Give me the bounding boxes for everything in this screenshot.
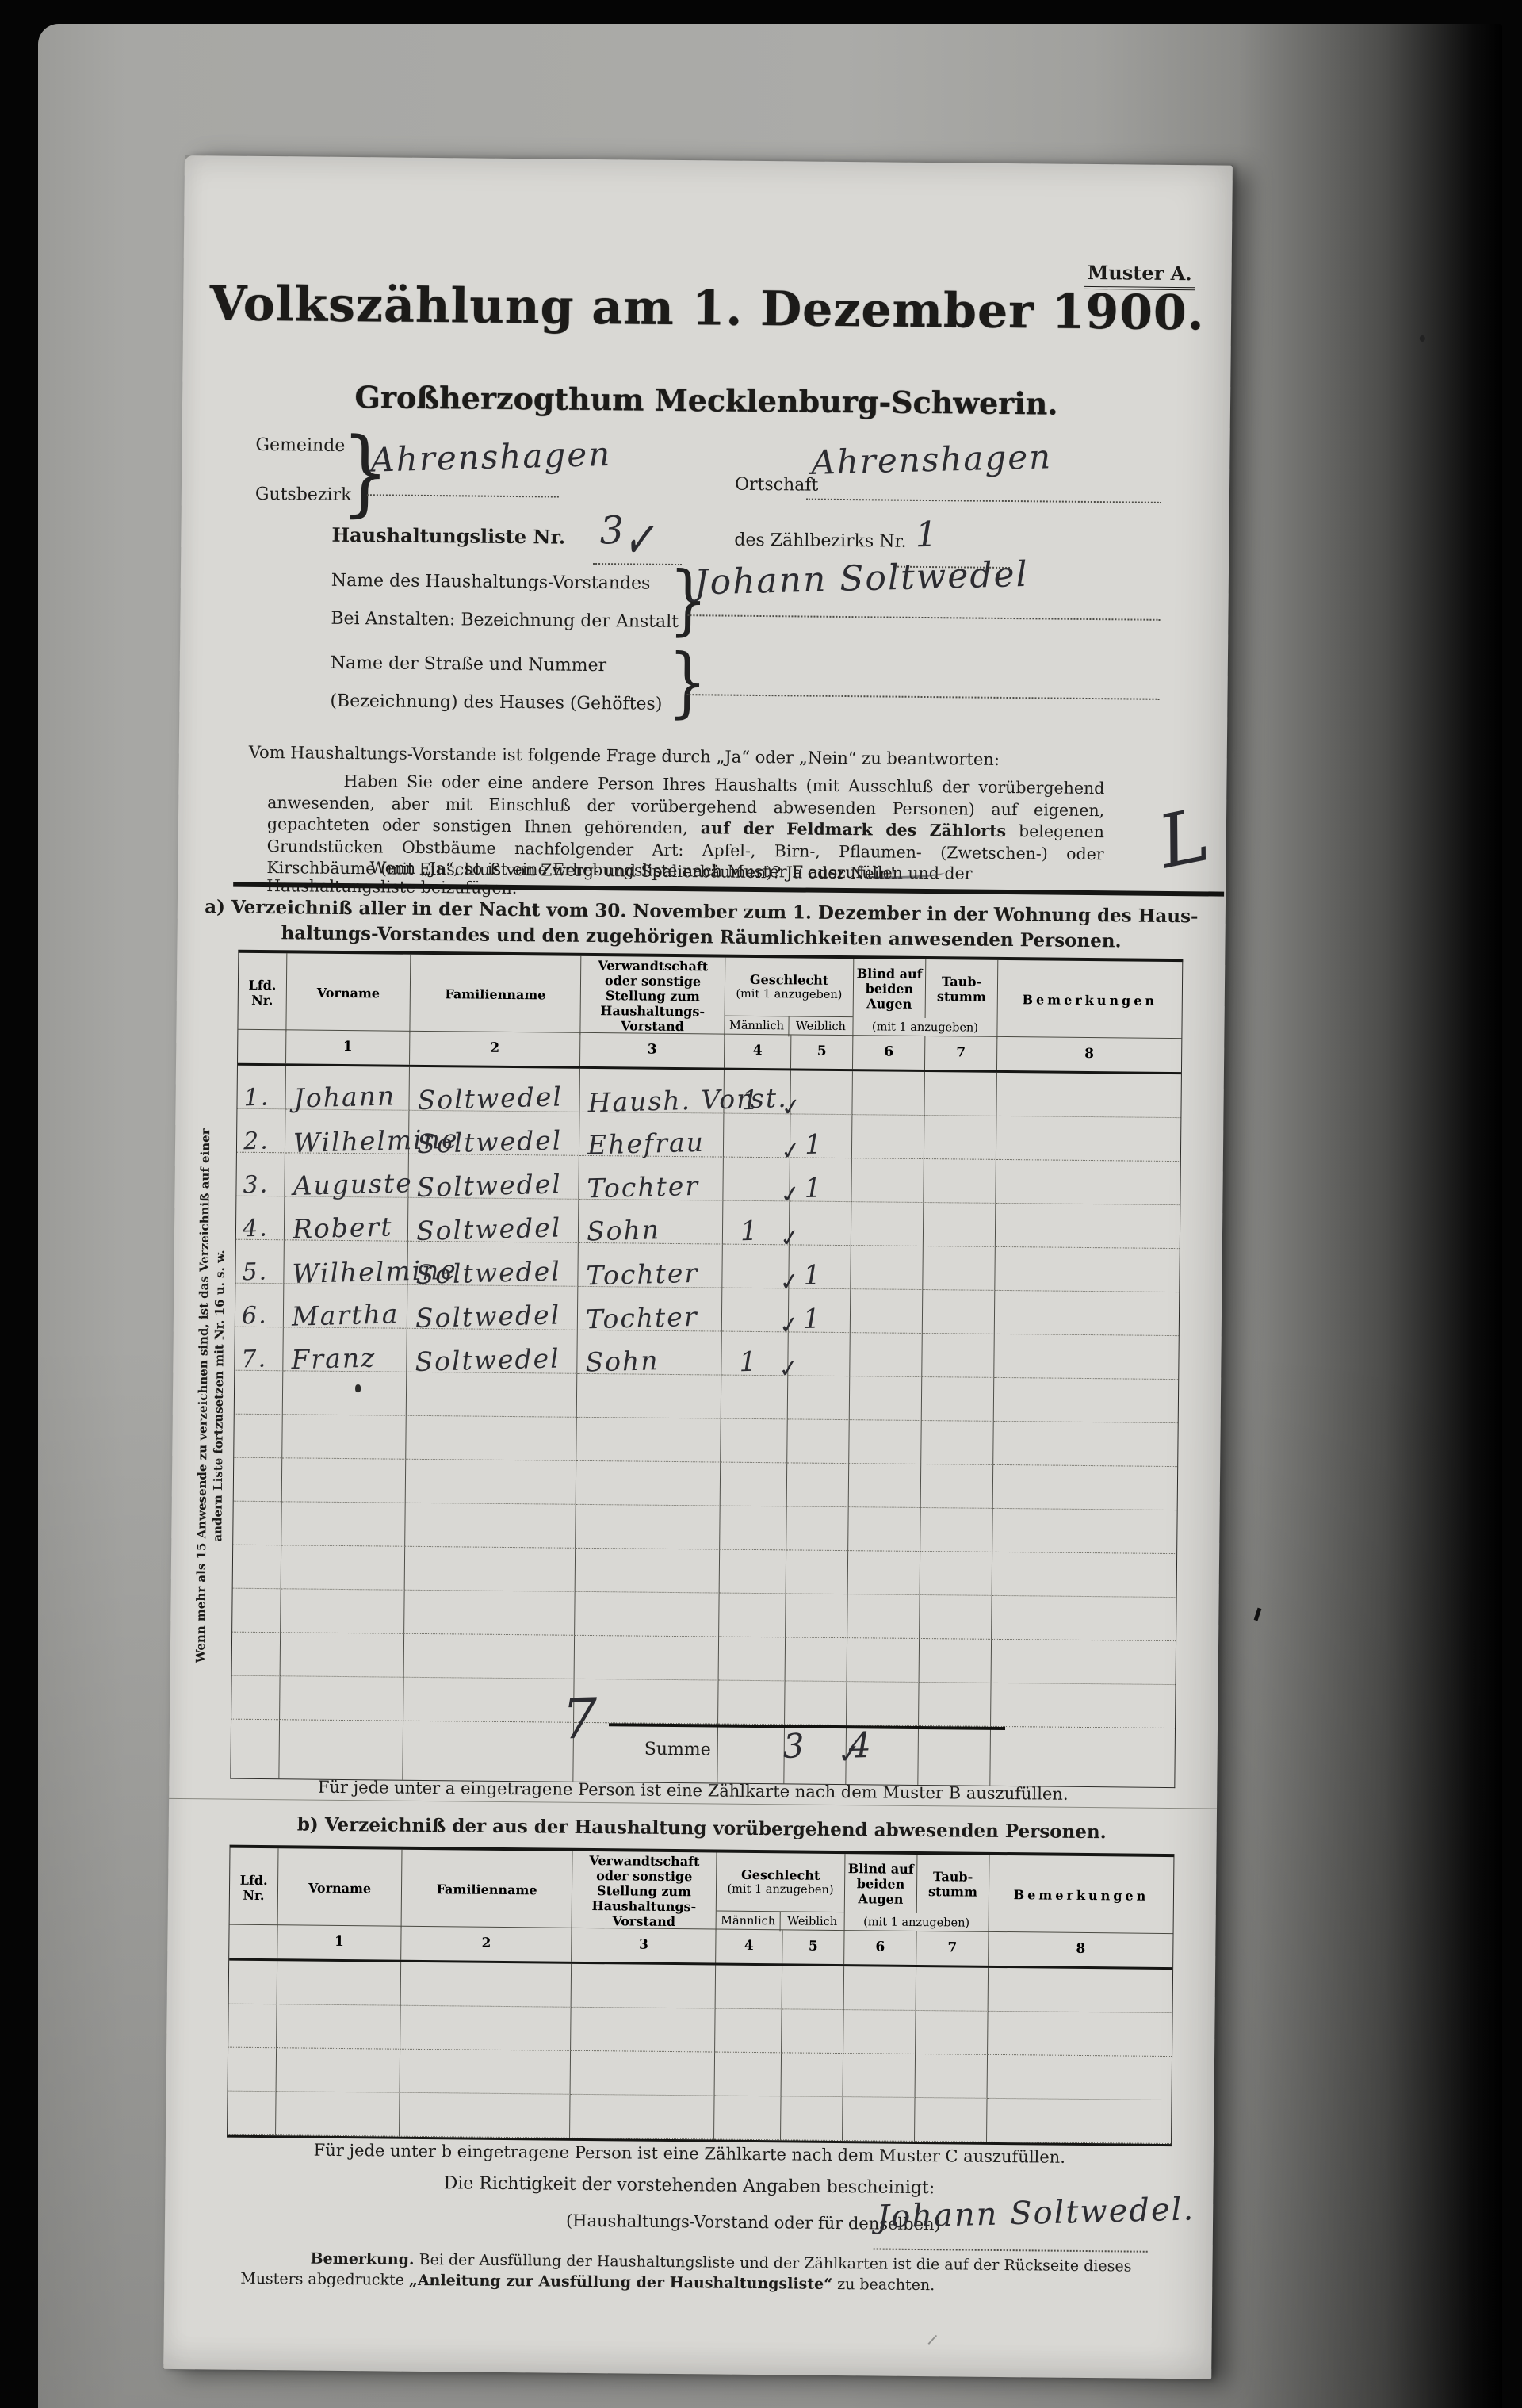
handwritten-signature: Johann Soltwedel. (877, 2191, 1195, 2235)
cell-bemerkungen (988, 2012, 1172, 2057)
header-weiblich: Weiblich (781, 1912, 844, 1932)
cell-nr: 1. (237, 1066, 286, 1110)
cell-bemerkungen (996, 1160, 1180, 1205)
cell-stellung: Tochter (578, 1287, 722, 1332)
cell-taub (924, 1072, 997, 1116)
summe-weiblich-value: ✓4 (849, 1725, 874, 1767)
cell-taub (916, 2054, 989, 2099)
cell-nr: 2. (237, 1109, 286, 1154)
vorstand-handwritten-name: Johann Soltwedel (694, 554, 1029, 603)
header-bemerkungen: Bemerkungen (997, 960, 1182, 1040)
handwritten-value: Ehefrau (587, 1127, 706, 1161)
cell-nr (232, 1589, 281, 1633)
gutsbezirk-label: Gutsbezirk (255, 484, 352, 505)
cell-vorname (281, 1633, 405, 1677)
header-lfd-nr: Lfd. Nr. (230, 1848, 279, 1928)
handwritten-value: 6. (242, 1302, 269, 1330)
cell-taub (921, 1421, 994, 1465)
cell-familienname (405, 1503, 576, 1549)
cell-weiblich (786, 1594, 847, 1638)
cell-blind (843, 2010, 916, 2054)
cell-stellung (577, 1374, 721, 1419)
cell-stellung (571, 2051, 715, 2096)
cell-blind (847, 1638, 920, 1683)
handwritten-value: 1 (803, 1259, 823, 1292)
haushaltungsliste-label: Haushaltungsliste Nr. (331, 523, 565, 549)
handwritten-value: 1 (739, 1346, 759, 1379)
cell-taub (919, 1683, 992, 1727)
handwritten-value: Tochter (587, 1170, 700, 1204)
header-geschlecht: Geschlecht (mit 1 anzugeben) Männlich We… (725, 958, 854, 1038)
zaehlbezirk-label: des Zählbezirks Nr. (734, 530, 906, 552)
cell-maennlich (716, 1966, 783, 2010)
cell-blind (852, 1071, 925, 1116)
handwritten-value: 1 (802, 1303, 822, 1335)
cell-bemerkungen (996, 1073, 1180, 1118)
cell-stellung (575, 1592, 719, 1637)
cell-maennlich (721, 1376, 789, 1420)
cell-taub (916, 2011, 989, 2055)
cell-bemerkungen (989, 1968, 1172, 2013)
table-b-header-row: Lfd. Nr. Vorname Familienname Verwandtsc… (230, 1848, 1174, 1933)
cell-taub (924, 1159, 996, 1204)
cell-familienname (404, 1591, 576, 1636)
cell-familienname: Soltwedel (408, 1198, 579, 1243)
cell-nr (228, 2004, 277, 2049)
cell-bemerkungen (993, 1422, 1177, 1467)
cell-weiblich (785, 1681, 847, 1725)
faint-pencil-mark (927, 2335, 948, 2349)
cell-blind (848, 1551, 921, 1595)
cell-familienname: Soltwedel (409, 1067, 580, 1112)
cell-vorname: Wilhelmine (285, 1109, 410, 1154)
cell-vorname (282, 1458, 407, 1503)
cell-stellung: Haush. Vorst. (580, 1069, 725, 1114)
remark-paragraph: Bemerkung. Bei der Ausfüllung der Hausha… (240, 2248, 1152, 2298)
cell-weiblich: ✓ (788, 1332, 850, 1376)
cell-blind (843, 2054, 916, 2098)
header-stellung: Verwandtschaft oder sonstige Stellung zu… (580, 956, 725, 1036)
header-maennlich: Männlich (725, 1016, 789, 1037)
cell-nr (234, 1458, 283, 1503)
cell-vorname: Johann (286, 1066, 411, 1110)
cell-vorname (276, 2092, 400, 2136)
cell-nr (232, 1633, 281, 1677)
cell-taub (915, 2098, 988, 2142)
cell-bemerkungen (996, 1204, 1180, 1249)
cell-vorname: Robert (285, 1196, 409, 1241)
census-form-page: Muster A. Volkszählung am 1. Dezember 19… (163, 155, 1233, 2379)
cell-weiblich: ✓1 (790, 1158, 851, 1202)
header-familienname: Familienname (410, 955, 581, 1035)
cell-blind (851, 1158, 924, 1203)
cell-familienname: Soltwedel (407, 1285, 579, 1330)
handwritten-value: Johann (293, 1080, 396, 1113)
handwritten-value: 3. (243, 1171, 270, 1200)
cell-bemerkungen (993, 1465, 1177, 1510)
handwritten-value: Tochter (586, 1258, 699, 1292)
cell-weiblich (782, 2009, 843, 2054)
cell-bemerkungen (987, 2099, 1171, 2144)
cell-stellung (576, 1505, 720, 1550)
cell-vorname: Auguste (285, 1153, 409, 1197)
cell-vorname (277, 1961, 402, 2005)
cell-familienname (400, 2050, 572, 2095)
summe-label: Summe (644, 1740, 711, 1760)
cell-stellung: Tochter (579, 1156, 723, 1201)
question-last-line: Wenn „Ja“, so ist eine Erhebungsliste na… (266, 857, 1103, 903)
cell-nr: 3. (236, 1153, 285, 1197)
cell-nr (231, 1676, 281, 1721)
cell-maennlich (718, 1681, 786, 1725)
cell-stellung (570, 2095, 714, 2140)
handwritten-value: Martha (292, 1298, 400, 1331)
cell-bemerkungen (992, 1640, 1176, 1685)
cell-stellung: Tochter (578, 1243, 722, 1288)
table-present-persons: Lfd. Nr. Vorname Familienname Verwandtsc… (230, 950, 1183, 1788)
header-taubstumm: Taub-stumm (926, 959, 998, 1019)
cell-weiblich (787, 1419, 849, 1464)
cell-taub (924, 1203, 996, 1247)
handwritten-value: 7. (241, 1346, 268, 1374)
cell-bemerkungen (992, 1596, 1176, 1641)
cell-familienname (406, 1416, 577, 1461)
cell-familienname (407, 1372, 578, 1418)
gemeinde-dotted-line (367, 493, 559, 497)
cell-familienname (403, 1678, 575, 1723)
cell-taub (923, 1290, 996, 1334)
strasse-label: Name der Straße und Nummer (331, 653, 606, 676)
cell-familienname: Soltwedel (408, 1154, 579, 1200)
cell-stellung (576, 1549, 720, 1594)
cell-taub (920, 1552, 993, 1596)
header-stellung: Verwandtschaft oder sonstige Stellung zu… (572, 1851, 717, 1931)
table-row (228, 2092, 1171, 2144)
handwritten-value: Sohn (587, 1214, 661, 1246)
handwritten-value: 1 (805, 1128, 824, 1161)
cell-maennlich (715, 2053, 782, 2097)
cell-bemerkungen (992, 1509, 1176, 1554)
cell-maennlich (721, 1419, 788, 1464)
cell-familienname (405, 1547, 576, 1592)
page-title: Volkszählung am 1. Dezember 1900. (183, 276, 1232, 342)
cell-weiblich: ✓1 (789, 1245, 851, 1289)
cell-nr (233, 1502, 282, 1546)
cell-blind (847, 1682, 920, 1726)
cell-nr: 6. (235, 1284, 285, 1328)
cell-familienname (401, 1962, 572, 2008)
section-b-heading: b) Verzeichniß der aus der Haushaltung v… (297, 1813, 1107, 1843)
handwritten-value: 4. (243, 1215, 270, 1243)
cell-weiblich: ✓ (790, 1070, 852, 1115)
table-b-body (228, 1961, 1172, 2144)
header-blind: Blind auf beiden Augen (854, 959, 927, 1018)
cell-weiblich (786, 1637, 847, 1682)
handwritten-value: 2. (243, 1127, 270, 1156)
cell-bemerkungen (994, 1334, 1178, 1380)
cell-nr (234, 1415, 283, 1459)
cell-nr (228, 2092, 277, 2136)
cell-nr (228, 2048, 277, 2092)
header-blind-taub: Blind auf beiden Augen Taub-stumm (mit 1… (844, 1854, 989, 1934)
zaehlbezirk-nr-value: 1 (915, 515, 939, 556)
cell-familienname (404, 1634, 576, 1679)
cell-weiblich (787, 1463, 849, 1507)
header-weiblich: Weiblich (789, 1016, 852, 1037)
cell-familienname: Soltwedel (409, 1111, 580, 1156)
cell-weiblich: ✓ (790, 1201, 851, 1246)
cell-maennlich (720, 1550, 787, 1594)
cell-nr: 4. (236, 1196, 285, 1241)
summe-handwritten-seven: 7 (561, 1686, 600, 1751)
header-vorname: Vorname (286, 953, 411, 1032)
brace-glyph: } (667, 644, 707, 720)
cell-stellung (571, 2008, 715, 2053)
cell-vorname: Wilhelmine (284, 1240, 408, 1284)
gemeinde-handwritten-value: Ahrenshagen (370, 435, 612, 480)
cell-weiblich (786, 1506, 848, 1551)
cell-weiblich (782, 1966, 844, 2010)
handwritten-value: Auguste (293, 1167, 413, 1201)
cell-maennlich (715, 2009, 782, 2054)
header-vorname: Vorname (278, 1848, 403, 1928)
cell-taub (920, 1639, 992, 1683)
cell-vorname (280, 1676, 404, 1721)
cell-bemerkungen (995, 1291, 1179, 1336)
header-taubstumm: Taub-stumm (917, 1855, 989, 1914)
cell-vorname (282, 1415, 407, 1459)
cell-vorname (277, 2004, 401, 2049)
cell-vorname (281, 1502, 406, 1546)
gemeinde-label: Gemeinde (255, 435, 345, 456)
cell-blind (843, 2097, 916, 2142)
haushaltungsliste-nr-value: 3 (599, 508, 626, 553)
cell-weiblich: ✓1 (789, 1288, 851, 1333)
cell-taub (922, 1334, 995, 1378)
handwritten-value: 1. (243, 1084, 270, 1112)
cell-taub (916, 1967, 989, 2012)
corner-pin-mark (1420, 335, 1425, 342)
cell-weiblich: ✓1 (790, 1114, 852, 1158)
handwritten-value: 1 (740, 1215, 760, 1248)
handwritten-value: 1 (804, 1172, 824, 1204)
cell-blind (850, 1376, 923, 1421)
header-blind-taub: Blind auf beiden Augen Taub-stumm (mit 1… (853, 959, 998, 1039)
ortschaft-dotted-line (806, 498, 1161, 503)
cell-taub (920, 1595, 992, 1640)
ortschaft-label: Ortschaft (735, 475, 819, 496)
table-a-summe-row: Summe 7 3 ✓4 (231, 1720, 1175, 1787)
cell-weiblich (788, 1376, 850, 1420)
cell-stellung (572, 1964, 716, 2009)
cell-blind (851, 1202, 924, 1246)
handwritten-value: Robert (293, 1211, 393, 1244)
cell-stellung (575, 1636, 719, 1681)
margin-note-vertical: Wenn mehr als 15 Anwesende zu verzeichne… (192, 1099, 229, 1692)
cell-taub (922, 1377, 995, 1422)
table-absent-persons: Lfd. Nr. Vorname Familienname Verwandtsc… (227, 1845, 1174, 2146)
summe-maennlich-value: 3 (782, 1726, 806, 1766)
question-intro: Vom Haushaltungs-Vorstande ist folgende … (249, 743, 1000, 769)
cell-stellung: Ehefrau (579, 1112, 724, 1158)
header-geschlecht: Geschlecht (mit 1 anzugeben) Männlich We… (717, 1853, 846, 1933)
handwritten-answer-flourish: L (1152, 792, 1218, 885)
anstalt-label: Bei Anstalten: Bezeichnung der Anstalt (331, 609, 679, 632)
cell-stellung: Sohn (579, 1200, 723, 1245)
cell-blind (850, 1333, 923, 1377)
handwritten-value: Tochter (586, 1301, 699, 1335)
cell-blind (849, 1420, 922, 1464)
cell-familienname (400, 2006, 572, 2051)
section-a-heading-line2: haltungs-Vorstandes und den zugehörigen … (177, 921, 1225, 953)
cell-vorname: Martha (284, 1284, 408, 1328)
header-maennlich: Männlich (717, 1912, 781, 1932)
check-mark: ✓ (838, 1738, 863, 1771)
haus-label: (Bezeichnung) des Hauses (Gehöftes) (330, 691, 662, 714)
vorstand-dotted-line (687, 614, 1160, 621)
cell-maennlich (714, 2096, 782, 2141)
cell-blind (851, 1246, 924, 1290)
header-blind: Blind auf beiden Augen (845, 1854, 918, 1913)
cell-bemerkungen (994, 1378, 1178, 1423)
question-body-bold: auf der Feldmark des Zählorts (701, 818, 1007, 840)
cell-blind (852, 1115, 925, 1159)
cell-stellung (576, 1418, 721, 1463)
handwritten-value: Sohn (585, 1345, 660, 1377)
cell-weiblich (786, 1550, 848, 1594)
cell-taub (924, 1116, 997, 1160)
cell-nr: 5. (235, 1240, 285, 1284)
table-a-body: 1.JohannSoltwedelHaush. Vorst.1✓2.Wilhel… (231, 1066, 1181, 1728)
cell-stellung (576, 1461, 721, 1506)
cell-nr (229, 1961, 278, 2005)
cell-maennlich (721, 1463, 788, 1507)
cell-vorname (281, 1589, 405, 1633)
cell-blind (848, 1507, 921, 1552)
cell-bemerkungen (996, 1116, 1180, 1162)
handwritten-value: Franz (291, 1342, 377, 1376)
cell-blind (844, 1966, 917, 2011)
cell-nr: 7. (235, 1327, 284, 1372)
page-edge-nick-mark (355, 1384, 361, 1392)
cell-vorname: Franz (283, 1327, 407, 1372)
cell-taub (921, 1464, 994, 1509)
cell-vorname (277, 2048, 401, 2092)
cell-weiblich (782, 2053, 843, 2097)
header-familienname: Familienname (402, 1850, 573, 1930)
cell-vorname (281, 1545, 406, 1590)
cell-vorname (283, 1371, 407, 1415)
header-bemerkungen: Bemerkungen (989, 1855, 1174, 1935)
cell-blind (847, 1594, 920, 1639)
cell-maennlich (719, 1637, 786, 1682)
vorstand-name-label: Name des Haushaltungs-Vorstandes (331, 571, 651, 594)
ortschaft-handwritten-value: Ahrenshagen (811, 437, 1053, 482)
cell-weiblich (781, 2096, 843, 2141)
cell-bemerkungen (995, 1247, 1179, 1292)
cell-familienname: Soltwedel (407, 1242, 579, 1287)
cell-blind (851, 1289, 924, 1334)
cell-stellung: Sohn (577, 1330, 721, 1376)
cell-taub (923, 1246, 996, 1291)
cell-nr (235, 1371, 284, 1415)
signature-dotted-line (874, 2247, 1148, 2252)
handwritten-value: 1 (741, 1085, 761, 1117)
cell-nr (233, 1545, 282, 1590)
cell-familienname: Soltwedel (407, 1329, 578, 1374)
header-lfd-nr: Lfd. Nr. (238, 953, 287, 1032)
cell-familienname (406, 1460, 577, 1505)
cell-bemerkungen (988, 2055, 1172, 2100)
cell-taub (920, 1508, 993, 1552)
cell-maennlich (719, 1594, 786, 1638)
handwritten-value: 5. (242, 1258, 269, 1287)
cell-familienname (400, 2093, 571, 2138)
cell-bemerkungen (992, 1552, 1176, 1598)
cell-blind (849, 1464, 922, 1508)
table-a-header-row: Lfd. Nr. Vorname Familienname Verwandtsc… (238, 953, 1182, 1038)
cell-maennlich (720, 1506, 787, 1551)
page-subtitle: Großherzogthum Mecklenburg-Schwerin. (182, 377, 1230, 423)
cell-bemerkungen (991, 1683, 1175, 1728)
strasse-dotted-line (686, 693, 1159, 700)
